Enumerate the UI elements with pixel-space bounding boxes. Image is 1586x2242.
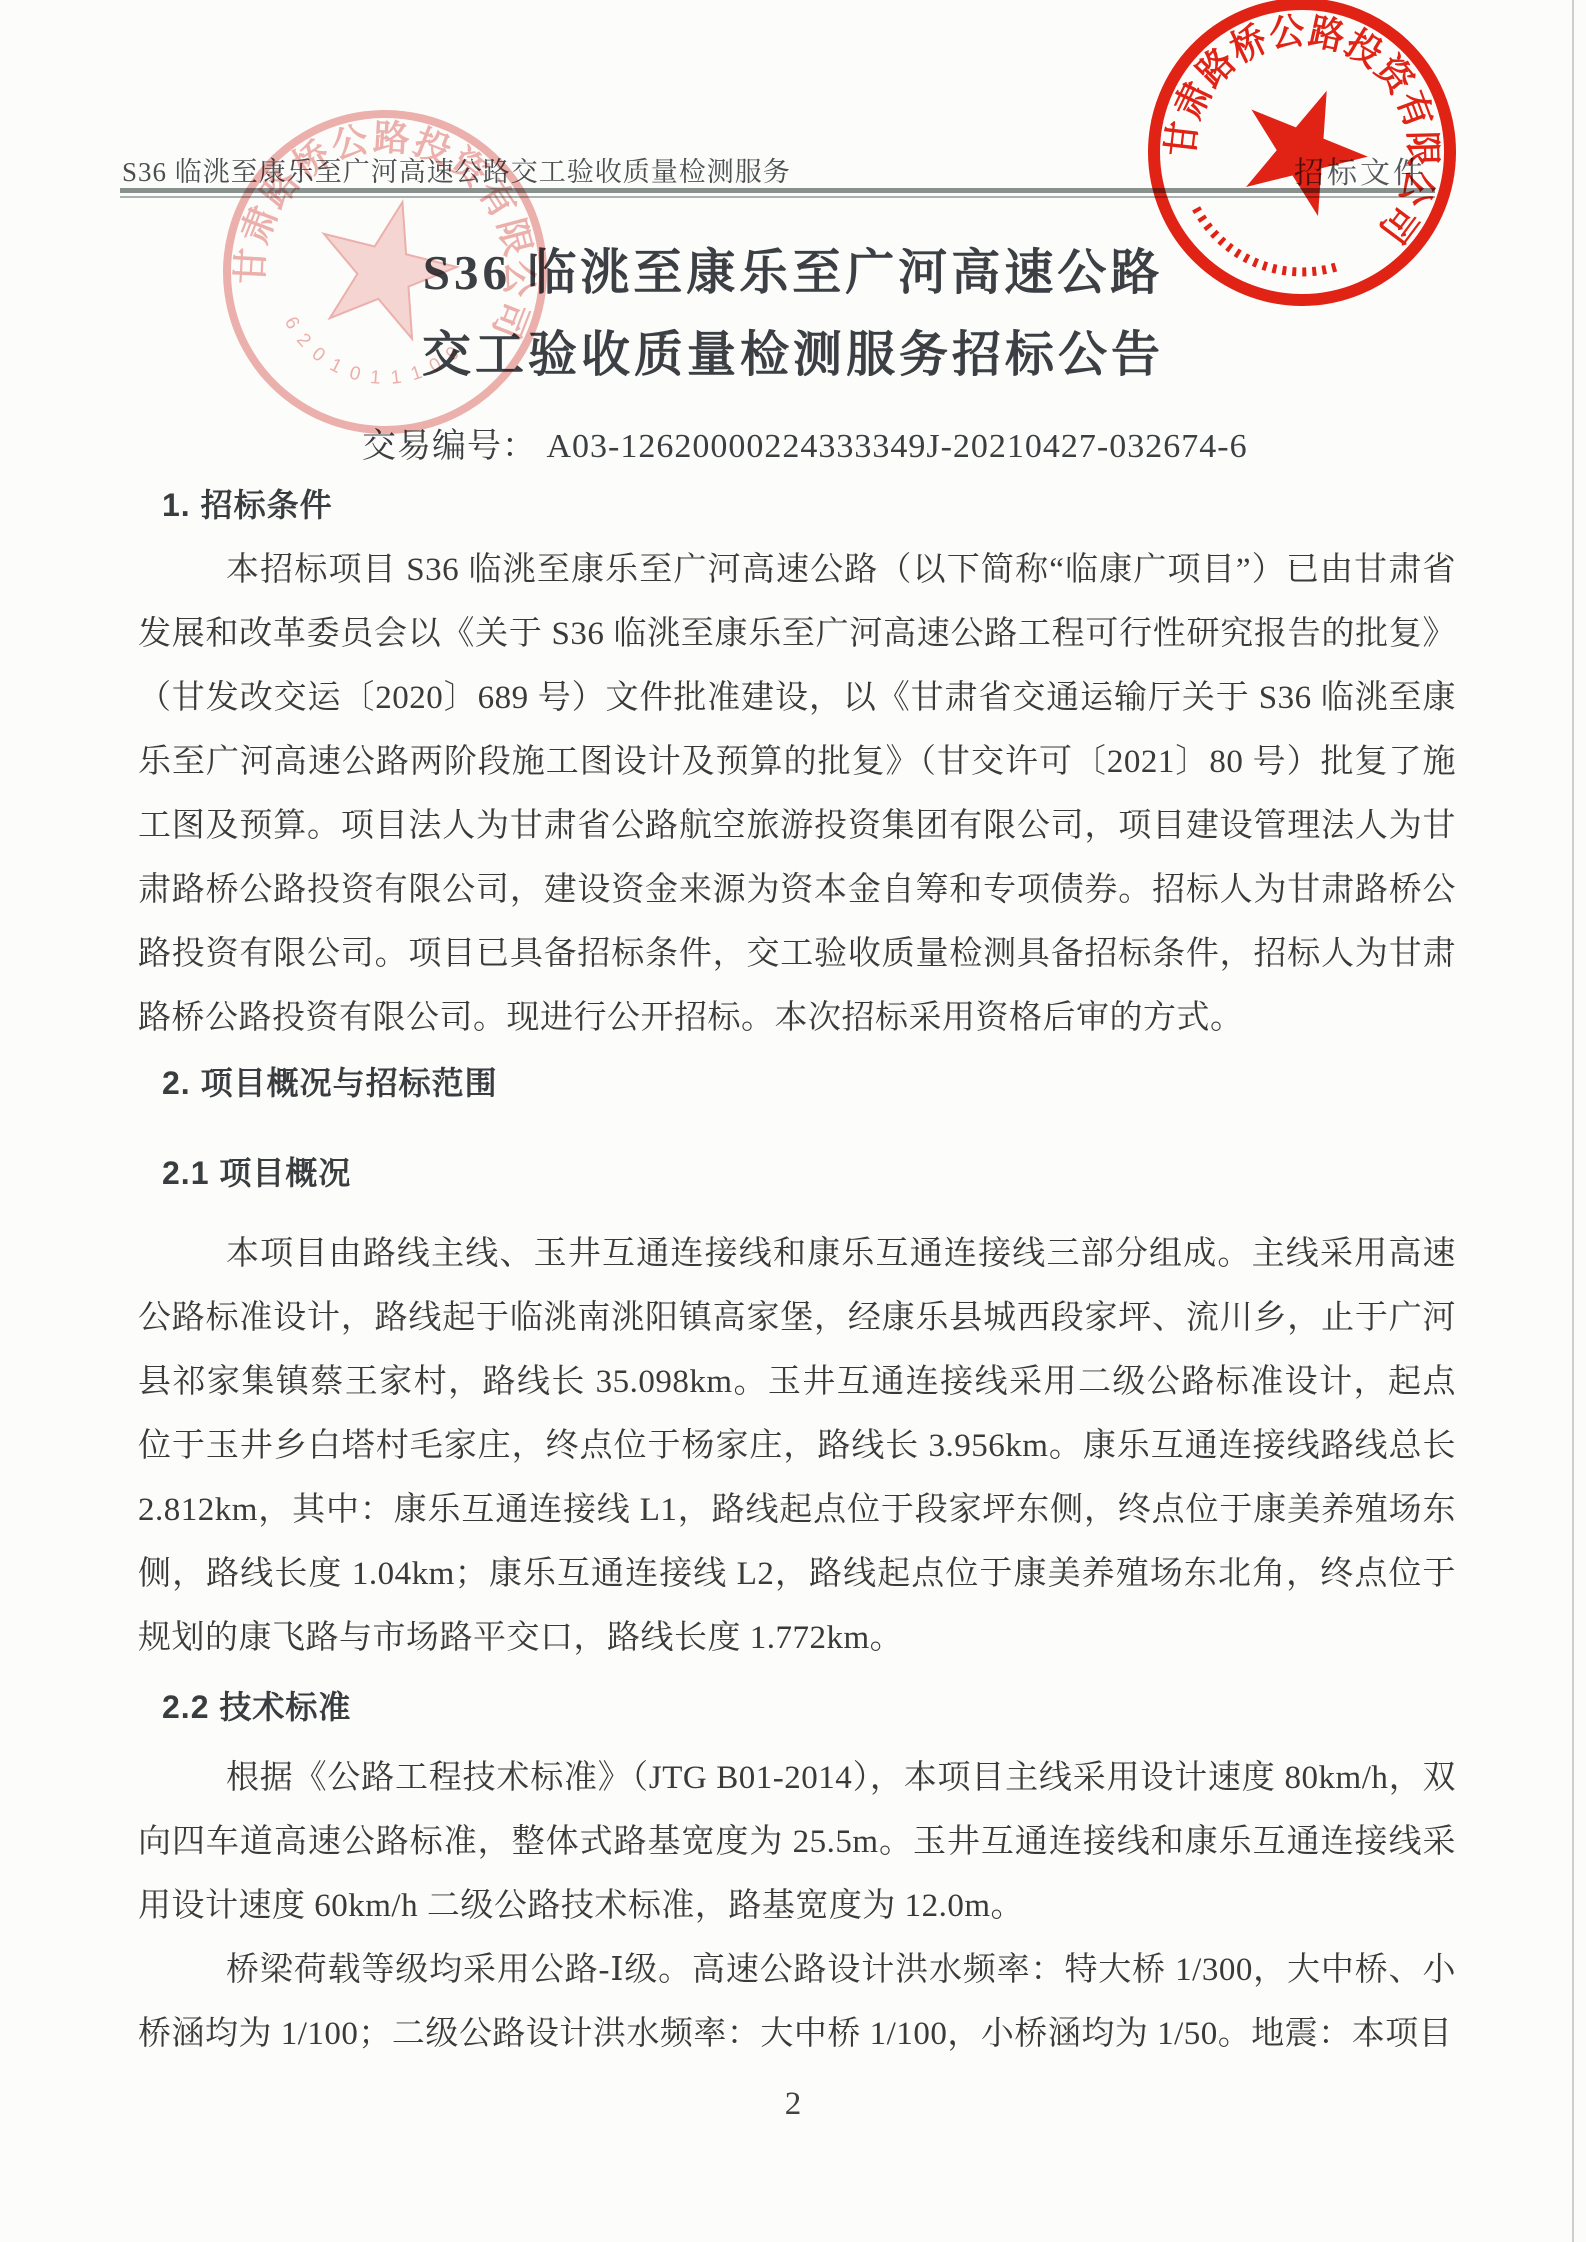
section-1-paragraph: 本招标项目 S36 临洮至康乐至广河高速公路（以下简称“临康广项目”）已由甘肃省… — [138, 538, 1456, 1050]
header-document-title: S36 临洮至康乐至广河高速公路交工验收质量检测服务 — [122, 150, 791, 189]
seal-company-arc-text: 甘肃路桥公路投资有限公司 — [1150, 0, 1467, 256]
page-title-line1: S36 临洮至康乐至广河高速公路 — [130, 234, 1456, 304]
header-rule-thick — [120, 188, 1435, 193]
page-number: 2 — [0, 2086, 1586, 2123]
section-2-2-heading: 2.2 技术标准 — [162, 1682, 351, 1728]
section-2-1-heading: 2.1 项目概况 — [162, 1148, 351, 1194]
header-doc-type-label: 招标文件 — [1294, 148, 1426, 192]
header-rule-thin — [120, 196, 1435, 198]
section-2-1-paragraph: 本项目由路线主线、玉井互通连接线和康乐互通连接线三部分组成。主线采用高速公路标准… — [138, 1222, 1456, 1670]
scan-edge-line — [1572, 0, 1574, 2242]
section-2-2-paragraph-2: 桥梁荷载等级均采用公路-Ⅰ级。高速公路设计洪水频率：特大桥 1/300，大中桥、… — [138, 1938, 1456, 2066]
transaction-number: 交易编号： A03-12620000224333349J-20210427-03… — [362, 418, 1248, 467]
section-1-heading: 1. 招标条件 — [162, 480, 333, 526]
section-2-2-paragraph-1: 根据《公路工程技术标准》（JTG B01-2014），本项目主线采用设计速度 8… — [138, 1746, 1456, 1938]
star-icon — [1224, 67, 1385, 225]
page-title-line2: 交工验收质量检测服务招标公告 — [130, 316, 1456, 386]
section-2-heading: 2. 项目概况与招标范围 — [162, 1058, 498, 1104]
